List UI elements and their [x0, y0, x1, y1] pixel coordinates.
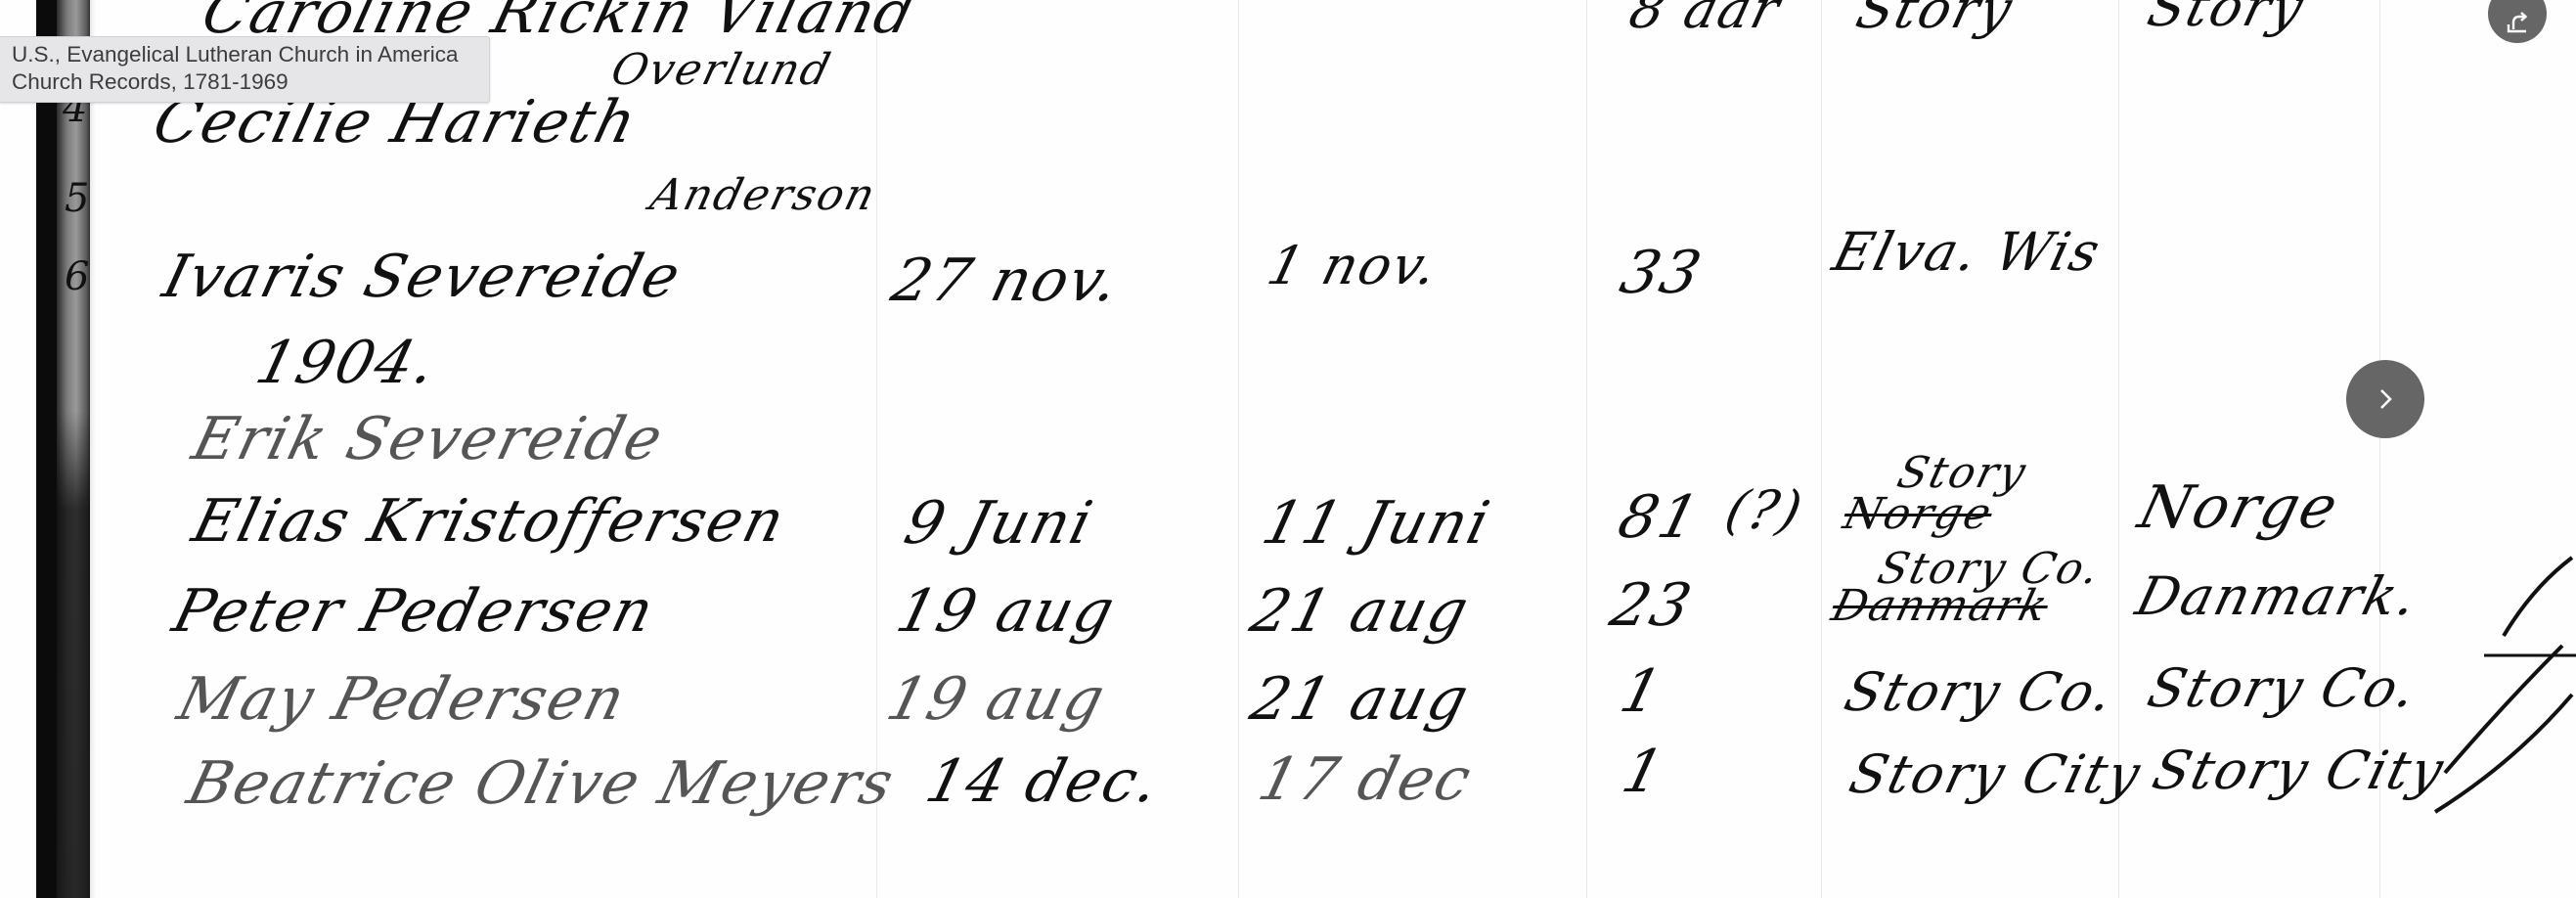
entry-name: Erik Severeide — [186, 405, 671, 473]
entry-residence-struck: Norge — [1839, 489, 1998, 539]
entry-residence: Story City — [1843, 743, 2148, 805]
collection-title-tooltip: U.S., Evangelical Lutheran Church in Ame… — [0, 36, 490, 103]
entry-death-date: 19 aug — [880, 665, 1113, 734]
next-page-button[interactable] — [2346, 360, 2424, 438]
entry-name: May Pedersen — [171, 665, 633, 734]
entry-burial-date: 11 Juni — [1256, 489, 1497, 558]
entry-age: 8 aar — [1623, 0, 1787, 40]
book-binding-edge — [57, 0, 92, 898]
entry-age: 33 — [1614, 239, 1710, 307]
chevron-right-icon — [2374, 387, 2397, 411]
year-heading: 1904. — [249, 329, 444, 397]
entry-death-date: 14 dec. — [919, 747, 1167, 816]
tooltip-line: U.S., Evangelical Lutheran Church in Ame… — [12, 41, 489, 68]
entry-birthplace: Story City — [2147, 740, 2451, 801]
entry-age: 23 — [1604, 571, 1700, 640]
entry-residence: Story Co. — [1839, 661, 2120, 723]
entry-age: 1 — [1614, 657, 1670, 726]
tooltip-line: Church Records, 1781-1969 — [12, 68, 489, 96]
column-rule — [1238, 0, 1239, 898]
column-rule — [1586, 0, 1587, 898]
entry-birthplace: Story — [2142, 0, 2311, 38]
page-edge — [90, 0, 96, 898]
entry-burial-date: 17 dec — [1252, 745, 1479, 814]
entry-name: Elias Kristoffersen — [186, 487, 793, 556]
entry-residence-struck: Danmark — [1827, 581, 2054, 631]
entry-residence: Story — [1850, 0, 2020, 40]
margin-row-number: 5 — [65, 176, 89, 221]
entry-death-date: 19 aug — [890, 577, 1123, 646]
entry-death-date: 9 Juni — [898, 489, 1100, 558]
entry-birthplace: Danmark. — [2130, 565, 2424, 627]
entry-age: 81 — [1612, 483, 1708, 552]
entry-burial-date: 21 aug — [1244, 577, 1477, 646]
entry-birthplace: Norge — [2132, 473, 2346, 542]
entry-death-date: 27 nov. — [885, 247, 1127, 315]
entry-name: Ivaris Severeide — [156, 243, 688, 311]
margin-row-number: 6 — [65, 254, 89, 299]
entry-name: Peter Pedersen — [166, 577, 662, 646]
partial-handwriting — [2425, 548, 2576, 822]
entry-name: Beatrice Olive Meyers — [181, 749, 902, 818]
entry-age-note: (?) — [1719, 479, 1810, 541]
entry-burial-date: 1 nov. — [1262, 235, 1445, 296]
record-image-viewer[interactable]: 4 5 6 Caroline Rickin Viland 8 aar Story… — [0, 0, 2576, 898]
entry-residence: Elva. Wis — [1827, 221, 2108, 283]
column-rule — [1821, 0, 1822, 898]
entry-name-annotation: Anderson — [645, 170, 881, 220]
share-icon — [2503, 8, 2532, 37]
entry-birthplace: Story Co. — [2142, 657, 2423, 719]
entry-burial-date: 21 aug — [1244, 665, 1477, 734]
entry-age: 1 — [1616, 738, 1672, 806]
